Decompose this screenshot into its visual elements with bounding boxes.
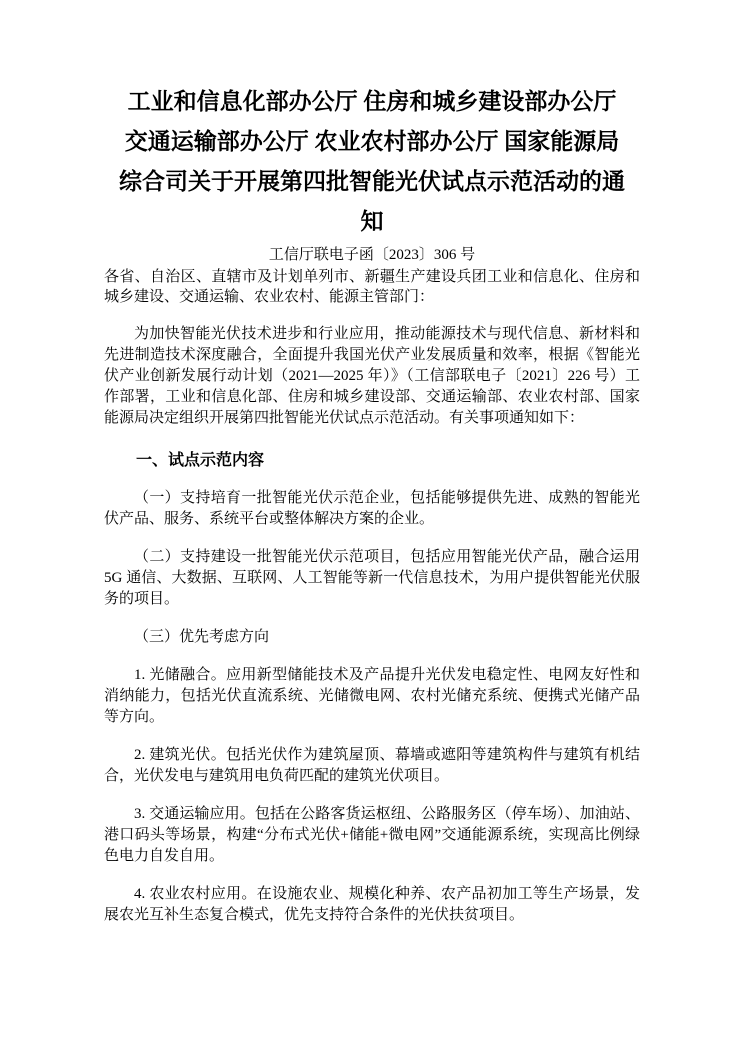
document-number: 工信厅联电子函〔2023〕306 号 xyxy=(104,245,640,265)
title-line-3: 综合司关于开展第四批智能光伏试点示范活动的通 xyxy=(104,162,640,202)
section-heading-1: 一、试点示范内容 xyxy=(104,450,640,471)
paragraph-item-7: 4. 农业农村应用。在设施农业、规模化种养、农产品初加工等生产场景，发展农光互补… xyxy=(104,884,640,926)
paragraph-item-3: （三）优先考虑方向 xyxy=(104,627,640,648)
intro-paragraph: 为加快智能光伏技术进步和行业应用，推动能源技术与现代信息、新材料和先进制造技术深… xyxy=(104,324,640,429)
document-title: 工业和信息化部办公厅 住房和城乡建设部办公厅 交通运输部办公厅 农业农村部办公厅… xyxy=(104,82,640,242)
title-line-2: 交通运输部办公厅 农业农村部办公厅 国家能源局 xyxy=(104,122,640,162)
title-line-4: 知 xyxy=(104,202,640,242)
document-page: 工业和信息化部办公厅 住房和城乡建设部办公厅 交通运输部办公厅 农业农村部办公厅… xyxy=(0,0,744,1054)
salutation: 各省、自治区、直辖市及计划单列市、新疆生产建设兵团工业和信息化、住房和城乡建设、… xyxy=(104,267,640,307)
paragraph-item-2: （二）支持建设一批智能光伏示范项目，包括应用智能光伏产品，融合运用5G 通信、大… xyxy=(104,547,640,610)
paragraph-item-6: 3. 交通运输应用。包括在公路客货运枢纽、公路服务区（停车场）、加油站、港口码头… xyxy=(104,804,640,867)
paragraph-item-1: （一）支持培育一批智能光伏示范企业，包括能够提供先进、成熟的智能光伏产品、服务、… xyxy=(104,488,640,530)
paragraph-item-5: 2. 建筑光伏。包括光伏作为建筑屋顶、幕墙或遮阳等建筑构件与建筑有机结合，光伏发… xyxy=(104,745,640,787)
title-line-1: 工业和信息化部办公厅 住房和城乡建设部办公厅 xyxy=(104,82,640,122)
paragraph-item-4: 1. 光储融合。应用新型储能技术及产品提升光伏发电稳定性、电网友好性和消纳能力，… xyxy=(104,665,640,728)
